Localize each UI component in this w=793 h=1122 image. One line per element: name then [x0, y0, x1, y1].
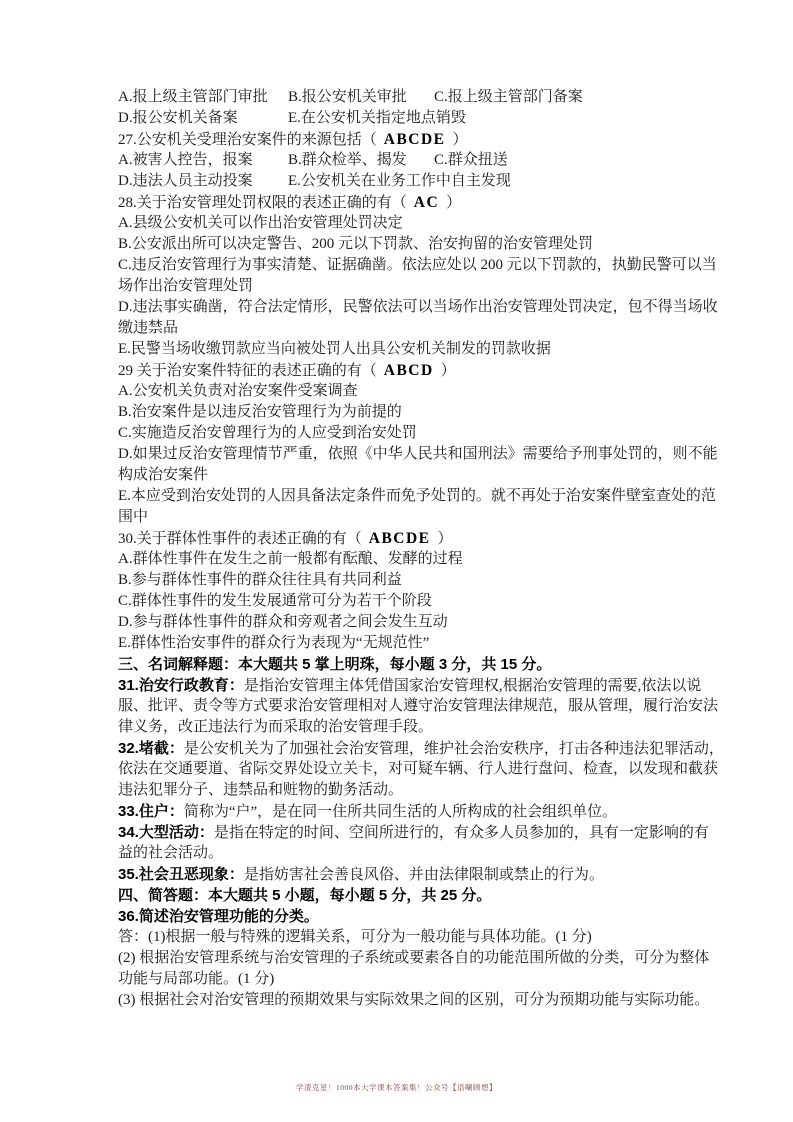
text-segment: 是指治安管理主体凭借国家治安管理权,根据治安管理的需要,依法以说	[244, 678, 702, 694]
text-line: D.报公安机关备案E.在公安机关指定地点销毁	[118, 108, 680, 129]
text-segment: A.被害人控告，报案	[118, 150, 253, 171]
text-segment: 32.堵截：	[118, 740, 184, 757]
text-segment: 依法在交通要道、省际交界处设立关卡，对可疑车辆、行人进行盘问、检查，以发现和截获	[118, 761, 718, 777]
text-line: D.如果过反治安管理情节严重，依照《中华人民共和国刑法》需要给予刑事处罚的，则不…	[118, 444, 680, 465]
text-segment: 三、名词解释题：本大题共 5 掌上明珠，每小题 3 分，共 15 分。	[118, 656, 551, 673]
text-segment: D.违法人员主动投案	[118, 171, 253, 192]
text-segment: 四、简答题：本大题共 5 小题，每小题 5 分，共 25 分。	[118, 887, 491, 904]
text-segment: (3) 根据社会对治安管理的预期效果与实际效果之间的区别，可分为预期功能与实际功…	[118, 992, 709, 1008]
text-line: 33.住户：简称为“户”，是在同一住所共同生活的人所构成的社会组织单位。	[118, 801, 680, 822]
text-line: A.报上级主管部门审批B.报公安机关审批C.报上级主管部门备案	[118, 87, 680, 108]
text-segment: 缴违禁品	[118, 320, 178, 336]
text-segment: 律义务，改正违法行为而采取的治安管理手段。	[118, 719, 433, 735]
text-segment: B.报公安机关审批	[288, 87, 407, 108]
text-segment: B.公安派出所可以决定警告、200 元以下罚款、治安拘留的治安管理处罚	[118, 236, 593, 252]
text-line: 答：(1)根据一般与特殊的逻辑关系，可分为一般功能与具体功能。(1 分)	[118, 927, 680, 948]
text-segment: 28.关于治安管理处罚权限的表述正确的有（	[118, 195, 407, 211]
text-segment: ）	[453, 132, 468, 148]
text-line: 27.公安机关受理治安案件的来源包括（ABCDE）	[118, 129, 680, 150]
text-line: 29 关于治安案件特征的表述正确的有（ABCD）	[118, 360, 680, 381]
text-segment: 27.公安机关受理治安案件的来源包括（	[118, 132, 377, 148]
text-segment: C.实施造反治安曾理行为的人应受到治安处罚	[118, 425, 417, 441]
answer-key: ABCDE	[384, 131, 446, 148]
text-line: B.参与群体性事件的群众往往具有共同利益	[118, 570, 680, 591]
text-segment: ）	[441, 363, 456, 379]
text-segment: 简称为“户”，是在同一住所共同生活的人所构成的社会组织单位。	[184, 804, 617, 820]
text-segment: 是公安机关为了加强社会治安管理，维护社会治安秩序，打击各种违法犯罪活动，	[184, 741, 724, 757]
text-line: 三、名词解释题：本大题共 5 掌上明珠，每小题 3 分，共 15 分。	[118, 654, 680, 675]
text-segment: 围中	[118, 509, 148, 525]
text-line: C.违反治安管理行为事实清楚、证据确凿。依法应处以 200 元以下罚款的，执勤民…	[118, 255, 680, 276]
text-segment: 违法犯罪分子、违禁品和赃物的勤务活动。	[118, 782, 403, 798]
text-segment: 29 关于治安案件特征的表述正确的有（	[118, 363, 377, 379]
text-segment: ）	[446, 195, 461, 211]
text-segment: D.如果过反治安管理情节严重，依照《中华人民共和国刑法》需要给予刑事处罚的，则不…	[118, 446, 718, 462]
text-line: C.群体性事件的发生发展通常可分为若干个阶段	[118, 591, 680, 612]
text-line: 构成治安案件	[118, 465, 680, 486]
text-line: A.被害人控告，报案B.群众检举、揭发C.群众扭送	[118, 150, 680, 171]
text-segment: E.在公安机关指定地点销毁	[288, 108, 466, 129]
text-segment: 30.关于群体性事件的表述正确的有（	[118, 531, 362, 547]
text-segment: 34.大型活动：	[118, 824, 214, 841]
text-segment: A.县级公安机关可以作出治安管理处罚决定	[118, 215, 403, 231]
text-segment: 答：(1)根据一般与特殊的逻辑关系，可分为一般功能与具体功能。(1 分)	[118, 929, 592, 945]
text-segment: (2) 根据治安管理系统与治安管理的子系统或要素各自的功能范围所做的分类，可分为…	[118, 950, 709, 966]
text-line: D.违法事实确凿，符合法定情形，民警依法可以当场作出治安管理处罚决定，包不得当场…	[118, 297, 680, 318]
answer-key: ABCDE	[369, 530, 431, 547]
text-segment: E.民警当场收缴罚款应当向被处罚人出具公安机关制发的罚款收据	[118, 341, 551, 357]
text-line: B.治安案件是以违反治安管理行为为前提的	[118, 402, 680, 423]
text-segment: B.治安案件是以违反治安管理行为为前提的	[118, 404, 402, 420]
text-line: 违法犯罪分子、违禁品和赃物的勤务活动。	[118, 780, 680, 801]
text-line: 益的社会活动。	[118, 843, 680, 864]
text-line: 31.治安行政教育：是指治安管理主体凭借国家治安管理权,根据治安管理的需要,依法…	[118, 675, 680, 696]
text-segment: E.群体性治安事件的群众行为表现为“无规范性”	[118, 635, 429, 651]
text-line: 四、简答题：本大题共 5 小题，每小题 5 分，共 25 分。	[118, 885, 680, 906]
text-line: E.民警当场收缴罚款应当向被处罚人出具公安机关制发的罚款收据	[118, 339, 680, 360]
text-segment: ）	[438, 531, 453, 547]
text-line: B.公安派出所可以决定警告、200 元以下罚款、治安拘留的治安管理处罚	[118, 234, 680, 255]
text-segment: D.报公安机关备案	[118, 108, 238, 129]
answer-key: ABCD	[384, 362, 434, 379]
text-line: 围中	[118, 507, 680, 528]
text-segment: A.群体性事件在发生之前一般都有酝酿、发酵的过程	[118, 551, 463, 567]
text-line: 30.关于群体性事件的表述正确的有（ABCDE）	[118, 528, 680, 549]
text-segment: E.公安机关在业务工作中自主发现	[288, 171, 511, 192]
text-line: 服、批评、责令等方式要求治安管理相对人遵守治安管理法律规范，服从管理，履行治安法	[118, 696, 680, 717]
answer-key: AC	[414, 194, 439, 211]
text-line: 缴违禁品	[118, 318, 680, 339]
text-segment: B.参与群体性事件的群众往往具有共同利益	[118, 572, 402, 588]
text-segment: C.报上级主管部门备案	[434, 87, 583, 108]
text-segment: C.群众扭送	[434, 150, 508, 171]
text-segment: D.违法事实确凿，符合法定情形，民警依法可以当场作出治安管理处罚决定，包不得当场…	[118, 299, 718, 315]
text-line: 32.堵截：是公安机关为了加强社会治安管理，维护社会治安秩序，打击各种违法犯罪活…	[118, 738, 680, 759]
text-segment: 构成治安案件	[118, 467, 208, 483]
text-segment: 31.治安行政教育：	[118, 677, 244, 694]
text-line: A.县级公安机关可以作出治安管理处罚决定	[118, 213, 680, 234]
text-segment: 是指在特定的时间、空间所进行的，有众多人员参加的，具有一定影响的有	[214, 825, 709, 841]
text-segment: C.违反治安管理行为事实清楚、证据确凿。依法应处以 200 元以下罚款的，执勤民…	[118, 257, 717, 273]
text-line: 律义务，改正违法行为而采取的治安管理手段。	[118, 717, 680, 738]
text-line: A.群体性事件在发生之前一般都有酝酿、发酵的过程	[118, 549, 680, 570]
text-line: 36.简述治安管理功能的分类。	[118, 906, 680, 927]
text-segment: D.参与群体性事件的群众和旁观者之间会发生互动	[118, 614, 448, 630]
text-segment: 35.社会丑恶现象：	[118, 866, 244, 883]
text-line: D.参与群体性事件的群众和旁观者之间会发生互动	[118, 612, 680, 633]
document-body: A.报上级主管部门审批B.报公安机关审批C.报上级主管部门备案D.报公安机关备案…	[118, 87, 680, 1011]
text-line: (3) 根据社会对治安管理的预期效果与实际效果之间的区别，可分为预期功能与实际功…	[118, 990, 680, 1011]
text-line: C.实施造反治安曾理行为的人应受到治安处罚	[118, 423, 680, 444]
text-segment: 33.住户：	[118, 803, 184, 820]
text-segment: A.报上级主管部门审批	[118, 87, 268, 108]
text-line: 依法在交通要道、省际交界处设立关卡，对可疑车辆、行人进行盘问、检查，以发现和截获	[118, 759, 680, 780]
text-line: E.群体性治安事件的群众行为表现为“无规范性”	[118, 633, 680, 654]
text-segment: 是指妨害社会善良风俗、并由法律限制或禁止的行为。	[244, 867, 604, 883]
text-line: 28.关于治安管理处罚权限的表述正确的有（AC）	[118, 192, 680, 213]
text-segment: 益的社会活动。	[118, 845, 223, 861]
text-line: 功能与局部功能。(1 分)	[118, 969, 680, 990]
text-segment: 场作出治安管理处罚	[118, 278, 253, 294]
text-line: E.本应受到治安处罚的人因具备法定条件而免予处罚的。就不再处于治安案件壁室查处的…	[118, 486, 680, 507]
text-line: 场作出治安管理处罚	[118, 276, 680, 297]
text-segment: A.公安机关负责对治安案件受案调查	[118, 383, 358, 399]
text-line: 35.社会丑恶现象：是指妨害社会善良风俗、并由法律限制或禁止的行为。	[118, 864, 680, 885]
text-line: (2) 根据治安管理系统与治安管理的子系统或要素各自的功能范围所做的分类，可分为…	[118, 948, 680, 969]
text-segment: 服、批评、责令等方式要求治安管理相对人遵守治安管理法律规范，服从管理，履行治安法	[118, 698, 718, 714]
text-segment: 36.简述治安管理功能的分类。	[118, 908, 319, 925]
footer-watermark: 学渣克星！1000本大学课本答案集！公众号【语唰顾想】	[0, 1082, 793, 1093]
exam-page: A.报上级主管部门审批B.报公安机关审批C.报上级主管部门备案D.报公安机关备案…	[0, 0, 793, 1122]
text-line: D.违法人员主动投案E.公安机关在业务工作中自主发现	[118, 171, 680, 192]
text-line: A.公安机关负责对治安案件受案调查	[118, 381, 680, 402]
text-segment: B.群众检举、揭发	[288, 150, 407, 171]
text-segment: E.本应受到治安处罚的人因具备法定条件而免予处罚的。就不再处于治安案件壁室查处的…	[118, 488, 716, 504]
text-line: 34.大型活动：是指在特定的时间、空间所进行的，有众多人员参加的，具有一定影响的…	[118, 822, 680, 843]
text-segment: C.群体性事件的发生发展通常可分为若干个阶段	[118, 593, 432, 609]
text-segment: 功能与局部功能。(1 分)	[118, 971, 274, 987]
